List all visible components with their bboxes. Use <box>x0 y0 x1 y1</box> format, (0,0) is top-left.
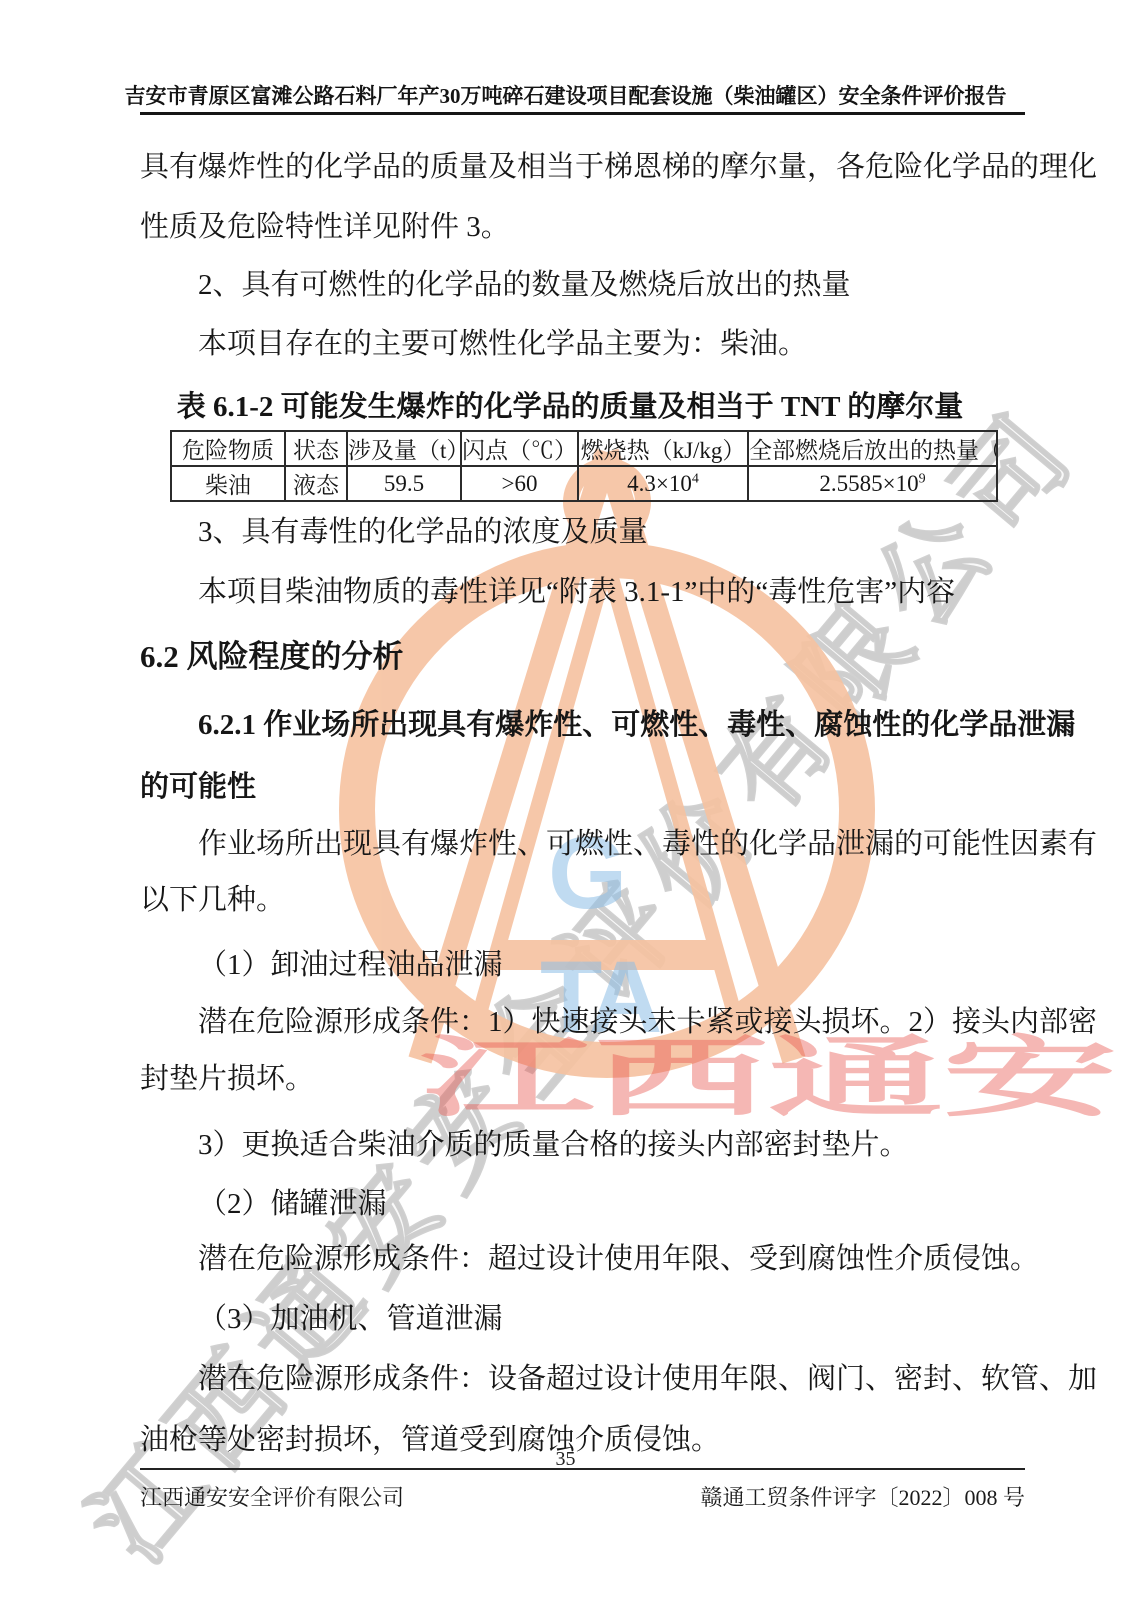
hazard-substance-table: 危险物质 状态 涉及量（t） 闪点（℃） 燃烧热（kJ/kg） 全部燃烧后放出的… <box>170 430 998 502</box>
report-page: 江西通安安全评价有限公司 G TA 江西通安 吉安市青原区富滩公路石料厂年产30… <box>0 0 1131 1600</box>
paragraph-line: 封垫片损坏。 <box>140 1062 314 1097</box>
table-cell-amount: 59.5 <box>347 466 461 501</box>
footer-row: 江西通安安全评价有限公司 赣通工贸条件评字〔2022〕008 号 <box>140 1481 1025 1512</box>
paragraph-line: （2）储罐泄漏 <box>198 1187 387 1222</box>
paragraph-line: （1）卸油过程油品泄漏 <box>198 948 503 983</box>
table-header-cell: 危险物质 <box>171 431 285 466</box>
table-cell-total-heat: 2.5585×109 <box>748 466 997 501</box>
page-content: 吉安市青原区富滩公路石料厂年产30万吨碎石建设项目配套设施（柴油罐区）安全条件评… <box>0 0 1131 1600</box>
paragraph-line: 潜在危险源形成条件：1）快速接头未卡紧或接头损坏。2）接头内部密 <box>198 1005 1097 1040</box>
table-header-cell: 闪点（℃） <box>461 431 578 466</box>
paragraph-line: 2、具有可燃性的化学品的数量及燃烧后放出的热量 <box>198 268 851 303</box>
header-rule <box>140 112 1025 115</box>
paragraph-line: 潜在危险源形成条件：超过设计使用年限、受到腐蚀性介质侵蚀。 <box>198 1242 1039 1277</box>
table-header-cell: 全部燃烧后放出的热量（kJ） <box>748 431 997 466</box>
table-title: 表 6.1-2 可能发生爆炸的化学品的质量及相当于 TNT 的摩尔量 <box>140 384 1000 425</box>
paragraph-line: 3）更换适合柴油介质的质量合格的接头内部密封垫片。 <box>198 1128 909 1163</box>
paragraph-line: 作业场所出现具有爆炸性、可燃性、毒性的化学品泄漏的可能性因素有 <box>198 827 1097 862</box>
table-cell-state: 液态 <box>285 466 347 501</box>
section-heading-6-2: 6.2 风险程度的分析 <box>140 638 404 675</box>
table-header-cell: 涉及量（t） <box>347 431 461 466</box>
footer-rule <box>140 1468 1025 1470</box>
table-cell-flash-point: >60 <box>461 466 578 501</box>
report-header-title: 吉安市青原区富滩公路石料厂年产30万吨碎石建设项目配套设施（柴油罐区）安全条件评… <box>0 80 1131 110</box>
table-cell-substance: 柴油 <box>171 466 285 501</box>
table-header-cell: 燃烧热（kJ/kg） <box>578 431 748 466</box>
paragraph-line: 以下几种。 <box>140 883 285 918</box>
table-cell-heat: 4.3×104 <box>578 466 748 501</box>
paragraph-line: 3、具有毒性的化学品的浓度及质量 <box>198 515 648 550</box>
footer-company-name: 江西通安安全评价有限公司 <box>140 1481 404 1512</box>
paragraph-line: （3）加油机、管道泄漏 <box>198 1302 503 1337</box>
section-heading-6-2-1-cont: 的可能性 <box>140 770 256 805</box>
paragraph-line: 本项目柴油物质的毒性详见“附表 3.1-1”中的“毒性危害”内容 <box>198 575 955 610</box>
paragraph-line: 本项目存在的主要可燃性化学品主要为：柴油。 <box>198 327 807 362</box>
paragraph-line: 潜在危险源形成条件：设备超过设计使用年限、阀门、密封、软管、加 <box>198 1362 1097 1397</box>
section-heading-6-2-1: 6.2.1 作业场所出现具有爆炸性、可燃性、毒性、腐蚀性的化学品泄漏 <box>198 708 1075 743</box>
footer-doc-number: 赣通工贸条件评字〔2022〕008 号 <box>700 1481 1025 1512</box>
table-header-cell: 状态 <box>285 431 347 466</box>
paragraph-line: 性质及危险特性详见附件 3。 <box>140 210 510 245</box>
table-row: 柴油 液态 59.5 >60 4.3×104 2.5585×109 <box>171 466 997 501</box>
paragraph-line: 具有爆炸性的化学品的质量及相当于梯恩梯的摩尔量，各危险化学品的理化 <box>140 150 1097 185</box>
